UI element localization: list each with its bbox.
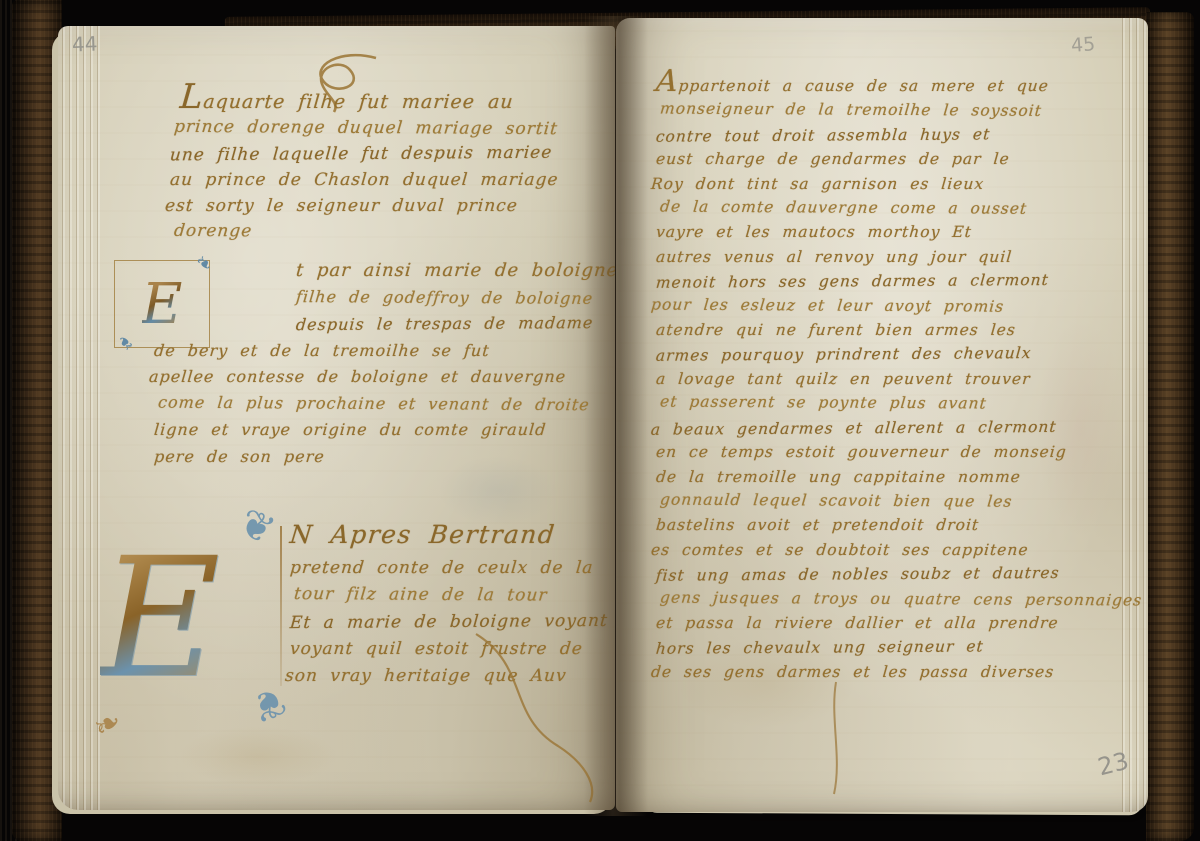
manuscript-line: tour filz aine de la tour — [293, 581, 611, 610]
right-page: 45 Appartenoit a cause de sa mere et que… — [616, 18, 1148, 812]
pen-rule — [280, 526, 282, 686]
folio-number-left: 44 — [72, 32, 98, 57]
manuscript-line: fist ung amas de nobles soubz et dautres — [655, 560, 1144, 588]
manuscript-line: come la plus prochaine et venant de droi… — [157, 389, 615, 418]
manuscript-line: de la tremoille ung cappitaine nomme — [655, 465, 1143, 489]
paragraph-2-lines: t par ainsi marie de boloignefilhe de go… — [154, 258, 614, 470]
manuscript-line: et passa la riviere dallier et alla pren… — [655, 611, 1143, 635]
paragraph-3-lines: pretend conte de ceulx de latour filz ai… — [290, 555, 610, 690]
illuminated-initial-boxed: E ❧ ❧ — [114, 260, 210, 348]
manuscript-line: a lovage tant quilz en peuvent trouver — [655, 367, 1143, 391]
manuscript-line: pere de son pere — [153, 444, 615, 471]
manuscript-line: ligne et vraye origine du comte girauld — [153, 417, 615, 444]
foliate-curl-icon: ❧ — [111, 328, 139, 357]
manuscript-line: gonnauld lequel scavoit bien que les — [659, 487, 1143, 514]
manuscript-line: apellee contesse de boloigne et dauvergn… — [148, 364, 615, 391]
initial-letter: E — [142, 272, 183, 337]
descender-flourish — [816, 678, 856, 798]
manuscript-line: es comtes et se doubtoit ses cappitene — [650, 538, 1143, 562]
manuscript-line: monseigneur de la tremoilhe le soyssoit — [659, 97, 1143, 124]
manuscript-line: Roy dont tint sa garnison es lieux — [650, 172, 1143, 196]
manuscript-line: une filhe laquelle fut despuis mariee — [169, 140, 560, 169]
manuscript-line: t par ainsi marie de boloigne — [295, 258, 615, 285]
manuscript-line: Appartenoit a cause de sa mere et que — [655, 70, 1144, 98]
manuscript-line: hors les chevaulx ung seigneur et — [655, 634, 1144, 662]
folio-number-right: 45 — [1070, 33, 1096, 57]
illuminated-initial-large: E ❦ ❦ ❧ — [100, 518, 280, 733]
manuscript-line: pretend conte de ceulx de la — [289, 555, 611, 582]
page-edge-stack-left — [58, 26, 100, 810]
manuscript-line: son vray heritaige que Auv — [284, 663, 611, 690]
right-page-text-block: Appartenoit a cause de sa mere et quemon… — [656, 70, 1142, 684]
manuscript-line: et passerent se poynte plus avant — [659, 390, 1143, 417]
manuscript-line: vayre et les mautocs morthoy Et — [655, 220, 1143, 244]
manuscript-line: eust charge de gendarmes de par le — [655, 147, 1143, 171]
manuscript-line: despuis le trespas de madame — [295, 310, 615, 339]
manuscript-line: de ses gens darmes et les passa diverses — [650, 660, 1143, 684]
manuscript-line: atendre qui ne furent bien armes les — [655, 318, 1143, 342]
stain — [178, 726, 338, 786]
paragraph-2: E ❧ ❧ t par ainsi marie de boloignefilhe… — [154, 258, 614, 470]
manuscript-line: en ce temps estoit gouverneur de monseig — [655, 440, 1143, 464]
manuscript-line: voyant quil estoit frustre de — [289, 636, 611, 663]
manuscript-line: prince dorenge duquel mariage sortit — [173, 114, 560, 142]
manuscript-line: Et a marie de boloigne voyant — [289, 608, 611, 637]
leather-texture — [1146, 12, 1194, 841]
manuscript-line: a beaux gendarmes et allerent a clermont — [650, 414, 1144, 442]
book-board-right-edge — [1146, 12, 1194, 841]
manuscript-line: Laquarte filhe fut mariee au — [179, 84, 560, 115]
manuscript-line: dorenge — [173, 218, 560, 246]
manuscript-line: armes pourquoy prindrent des chevaulx — [655, 341, 1144, 369]
paragraph-3-heading: N Apres Bertrand — [288, 520, 611, 549]
manuscript-line: au prince de Chaslon duquel mariage — [169, 167, 560, 193]
manuscript-line: est sorty le seigneur duval prince — [164, 193, 560, 219]
manuscript-line: filhe de godeffroy de boloigne — [295, 284, 615, 312]
manuscript-line: bastelins avoit et pretendoit droit — [655, 513, 1143, 537]
manuscript-line: pour les esleuz et leur avoyt promis — [650, 292, 1143, 319]
left-page: 44 Laquarte filhe fut mariee auprince do… — [58, 26, 615, 810]
manuscript-line: de la comte dauvergne come a ousset — [659, 195, 1143, 222]
manuscript-line: de bery et de la tremoilhe se fut — [153, 338, 615, 365]
manuscript-photo: 44 Laquarte filhe fut mariee auprince do… — [0, 0, 1200, 841]
paragraph-1: Laquarte filhe fut mariee auprince doren… — [170, 84, 559, 245]
manuscript-line: autres venus al renvoy ung jour quil — [655, 245, 1143, 269]
manuscript-line: menoit hors ses gens darmes a clermont — [655, 268, 1144, 296]
manuscript-line: gens jusques a troys ou quatre cens pers… — [659, 585, 1143, 612]
manuscript-line: contre tout droit assembla huys et — [655, 121, 1144, 149]
paragraph-3: N Apres Bertrand pretend conte de ceulx … — [290, 520, 610, 690]
